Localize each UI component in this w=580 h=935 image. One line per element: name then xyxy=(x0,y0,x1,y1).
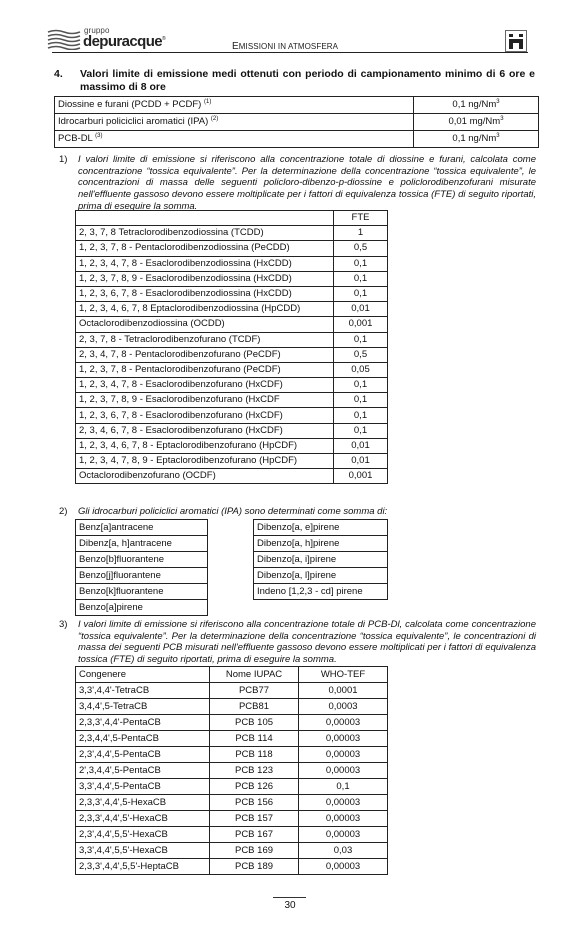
ipa-item: Dibenzo[a, i]pirene xyxy=(254,552,388,568)
compound-name: 1, 2, 3, 4, 6, 7, 8 - Eptaclorodibenzofu… xyxy=(76,438,334,453)
fte-row: 1, 2, 3, 6, 7, 8 - Esaclorodibenzodiossi… xyxy=(76,286,388,301)
iupac-name: PCB 157 xyxy=(210,811,299,827)
fte-value: 0,01 xyxy=(334,454,388,469)
limit-substance: Diossine e furani (PCDD + PCDF) (1) xyxy=(55,97,414,114)
who-tef: 0,0001 xyxy=(299,683,388,699)
fte-value: 0,1 xyxy=(334,378,388,393)
fte-value: 0,1 xyxy=(334,423,388,438)
fte-table: FTE2, 3, 7, 8 Tetraclorodibenzodiossina … xyxy=(75,210,388,484)
iupac-name: PCB 167 xyxy=(210,827,299,843)
pcb-header-row: CongenereNome IUPACWHO-TEF xyxy=(76,667,388,683)
header-title-initial: E xyxy=(232,41,239,52)
pcb-header-congener: Congenere xyxy=(76,667,210,683)
fte-value: 0,01 xyxy=(334,438,388,453)
iupac-name: PCB 123 xyxy=(210,763,299,779)
fte-value: 0,001 xyxy=(334,469,388,484)
logo-name: depuracque® xyxy=(83,33,165,50)
ipa-compound: Indeno [1,2,3 - cd] pirene xyxy=(254,584,388,600)
limit-value-text: 0,01 mg/Nm xyxy=(448,116,500,127)
limit-row: Idrocarburi policiclici aromatici (IPA) … xyxy=(55,114,539,131)
congener: 2,3,3',4,4',5-HexaCB xyxy=(76,795,210,811)
note-1-number: 1) xyxy=(59,154,67,165)
limit-substance: PCB-DL (3) xyxy=(55,131,414,148)
note-3-number: 3) xyxy=(59,619,67,630)
fte-row: 1, 2, 3, 7, 8, 9 - Esaclorodibenzofurano… xyxy=(76,393,388,408)
iupac-name: PCB81 xyxy=(210,699,299,715)
fte-value: 0,05 xyxy=(334,362,388,377)
compound-name: 2, 3, 7, 8 Tetraclorodibenzodiossina (TC… xyxy=(76,226,334,241)
who-tef: 0,00003 xyxy=(299,827,388,843)
fte-row: Octaclorodibenzofurano (OCDF)0,001 xyxy=(76,469,388,484)
footer-divider xyxy=(273,897,306,898)
congener: 2,3,3',4,4',5,5'-HeptaCB xyxy=(76,859,210,875)
pcb-row: 3,3',4,4'-TetraCBPCB770,0001 xyxy=(76,683,388,699)
ipa-item: Dibenz[a, h]antracene xyxy=(76,536,208,552)
unit-exponent: 3 xyxy=(496,99,499,105)
ipa-item: Indeno [1,2,3 - cd] pirene xyxy=(254,584,388,600)
fte-row: 1, 2, 3, 7, 8 - Pentaclorodibenzofurano … xyxy=(76,362,388,377)
congener: 3,3',4,4',5,5'-HexaCB xyxy=(76,843,210,859)
limit-value: 0,1 ng/Nm3 xyxy=(414,131,539,148)
logo-waves-icon xyxy=(47,29,81,50)
fte-header-row: FTE xyxy=(76,211,388,226)
congener: 2,3,3',4,4'-PentaCB xyxy=(76,715,210,731)
ipa-item: Benz[a]antracene xyxy=(76,520,208,536)
pcb-header-iupac: Nome IUPAC xyxy=(210,667,299,683)
compound-name: 1, 2, 3, 4, 6, 7, 8 Eptaclorodibenzodios… xyxy=(76,302,334,317)
fte-value: 0,5 xyxy=(334,241,388,256)
ipa-item: Dibenzo[a, h]pirene xyxy=(254,536,388,552)
ipa-item: Benzo[k]fluorantene xyxy=(76,584,208,600)
ipa-compound: Benzo[b]fluorantene xyxy=(76,552,208,568)
who-tef: 0,00003 xyxy=(299,715,388,731)
fte-value: 0,1 xyxy=(334,408,388,423)
fte-row: 1, 2, 3, 4, 6, 7, 8 Eptaclorodibenzodios… xyxy=(76,302,388,317)
brand-mark-icon xyxy=(505,30,527,52)
who-tef: 0,00003 xyxy=(299,763,388,779)
who-tef: 0,0003 xyxy=(299,699,388,715)
pcb-row: 2',3,4,4',5-PentaCBPCB 1230,00003 xyxy=(76,763,388,779)
limit-value-text: 0,1 ng/Nm xyxy=(452,133,496,144)
ipa-item: Dibenzo[a, e]pirene xyxy=(254,520,388,536)
registered-mark: ® xyxy=(162,36,165,42)
ipa-compound: Dibenz[a, h]antracene xyxy=(76,536,208,552)
ipa-list-left: Benz[a]antraceneDibenz[a, h]antraceneBen… xyxy=(75,519,208,616)
note-2-text: Gli idrocarburi policiclici aromatici (I… xyxy=(78,506,536,518)
pcb-row: 2,3,3',4,4',5-HexaCBPCB 1560,00003 xyxy=(76,795,388,811)
compound-name: 1, 2, 3, 7, 8 - Pentaclorodibenzodiossin… xyxy=(76,241,334,256)
pcb-row: 2,3,3',4,4'-PentaCBPCB 1050,00003 xyxy=(76,715,388,731)
page-number: 30 xyxy=(275,900,305,911)
fte-row: 2, 3, 4, 7, 8 - Pentaclorodibenzofurano … xyxy=(76,347,388,362)
ipa-list-right: Dibenzo[a, e]pireneDibenzo[a, h]pireneDi… xyxy=(253,519,388,600)
compound-name: 2, 3, 4, 7, 8 - Pentaclorodibenzofurano … xyxy=(76,347,334,362)
fte-value: 0,1 xyxy=(334,393,388,408)
fte-value: 0,1 xyxy=(334,286,388,301)
pcb-header-tef: WHO-TEF xyxy=(299,667,388,683)
congener: 2,3',4,4',5-PentaCB xyxy=(76,747,210,763)
who-tef: 0,1 xyxy=(299,779,388,795)
unit-exponent: 3 xyxy=(500,116,503,122)
iupac-name: PCB 118 xyxy=(210,747,299,763)
footnote-ref: (3) xyxy=(95,133,102,139)
fte-row: 1, 2, 3, 4, 7, 8 - Esaclorodibenzofurano… xyxy=(76,378,388,393)
pcb-row: 3,3',4,4',5,5'-HexaCBPCB 1690,03 xyxy=(76,843,388,859)
section-number: 4. xyxy=(54,68,63,80)
ipa-compound: Dibenzo[a, h]pirene xyxy=(254,536,388,552)
pcb-row: 2,3,4,4',5-PentaCBPCB 1140,00003 xyxy=(76,731,388,747)
pcb-row: 2,3',4,4',5,5'-HexaCBPCB 1670,00003 xyxy=(76,827,388,843)
pcb-row: 3,3',4,4',5-PentaCBPCB 1260,1 xyxy=(76,779,388,795)
ipa-compound: Benz[a]antracene xyxy=(76,520,208,536)
limit-row: PCB-DL (3)0,1 ng/Nm3 xyxy=(55,131,539,148)
congener: 2,3,4,4',5-PentaCB xyxy=(76,731,210,747)
ipa-compound: Dibenzo[a, l]pirene xyxy=(254,568,388,584)
pcb-row: 3,4,4',5-TetraCBPCB810,0003 xyxy=(76,699,388,715)
pcb-table: CongenereNome IUPACWHO-TEF3,3',4,4'-Tetr… xyxy=(75,666,388,875)
limit-row: Diossine e furani (PCDD + PCDF) (1)0,1 n… xyxy=(55,97,539,114)
fte-row: 1, 2, 3, 6, 7, 8 - Esaclorodibenzofurano… xyxy=(76,408,388,423)
fte-value: 1 xyxy=(334,226,388,241)
limit-substance: Idrocarburi policiclici aromatici (IPA) … xyxy=(55,114,414,131)
ipa-compound: Benzo[j]fluorantene xyxy=(76,568,208,584)
compound-name: Octaclorodibenzofurano (OCDF) xyxy=(76,469,334,484)
ipa-compound: Benzo[k]fluorantene xyxy=(76,584,208,600)
fte-header-value: FTE xyxy=(334,211,388,226)
congener: 3,3',4,4'-TetraCB xyxy=(76,683,210,699)
pcb-row: 2,3,3',4,4',5'-HexaCBPCB 1570,00003 xyxy=(76,811,388,827)
compound-name: 2, 3, 4, 6, 7, 8 - Esaclorodibenzofurano… xyxy=(76,423,334,438)
iupac-name: PCB 169 xyxy=(210,843,299,859)
fte-row: 2, 3, 7, 8 - Tetraclorodibenzofurano (TC… xyxy=(76,332,388,347)
iupac-name: PCB77 xyxy=(210,683,299,699)
note-3-text: I valori limite di emissione si riferisc… xyxy=(78,619,536,666)
congener: 2,3,3',4,4',5'-HexaCB xyxy=(76,811,210,827)
fte-value: 0,1 xyxy=(334,332,388,347)
page-header-title: EMISSIONI IN ATMOSFERA xyxy=(232,41,338,52)
fte-value: 0,01 xyxy=(334,302,388,317)
logo-name-text: depuracque xyxy=(83,33,162,50)
fte-value: 0,001 xyxy=(334,317,388,332)
fte-value: 0,1 xyxy=(334,256,388,271)
compound-name: 2, 3, 7, 8 - Tetraclorodibenzofurano (TC… xyxy=(76,332,334,347)
header-title-rest: MISSIONI IN ATMOSFERA xyxy=(239,42,338,51)
limit-substance-name: PCB-DL xyxy=(58,133,93,144)
compound-name: 1, 2, 3, 4, 7, 8 - Esaclorodibenzofurano… xyxy=(76,378,334,393)
fte-row: 2, 3, 7, 8 Tetraclorodibenzodiossina (TC… xyxy=(76,226,388,241)
ipa-compound: Benzo[a]pirene xyxy=(76,600,208,616)
limit-value-text: 0,1 ng/Nm xyxy=(452,99,496,110)
congener: 3,4,4',5-TetraCB xyxy=(76,699,210,715)
compound-name: 1, 2, 3, 7, 8, 9 - Esaclorodibenzofurano… xyxy=(76,393,334,408)
fte-row: Octaclorodibenzodiossina (OCDD)0,001 xyxy=(76,317,388,332)
compound-name: Octaclorodibenzodiossina (OCDD) xyxy=(76,317,334,332)
iupac-name: PCB 156 xyxy=(210,795,299,811)
footnote-ref: (1) xyxy=(204,99,211,105)
fte-row: 1, 2, 3, 4, 7, 8, 9 - Eptaclorodibenzofu… xyxy=(76,454,388,469)
fte-value: 0,5 xyxy=(334,347,388,362)
who-tef: 0,00003 xyxy=(299,731,388,747)
compound-name: 1, 2, 3, 7, 8, 9 - Esaclorodibenzodiossi… xyxy=(76,271,334,286)
ipa-compound: Dibenzo[a, e]pirene xyxy=(254,520,388,536)
compound-name: 1, 2, 3, 6, 7, 8 - Esaclorodibenzofurano… xyxy=(76,408,334,423)
compound-name: 1, 2, 3, 4, 7, 8 - Esaclorodibenzodiossi… xyxy=(76,256,334,271)
iupac-name: PCB 189 xyxy=(210,859,299,875)
pcb-row: 2,3',4,4',5-PentaCBPCB 1180,00003 xyxy=(76,747,388,763)
fte-row: 1, 2, 3, 7, 8 - Pentaclorodibenzodiossin… xyxy=(76,241,388,256)
iupac-name: PCB 114 xyxy=(210,731,299,747)
ipa-item: Benzo[j]fluorantene xyxy=(76,568,208,584)
section-title: Valori limite di emissione medi ottenuti… xyxy=(80,68,535,94)
who-tef: 0,00003 xyxy=(299,747,388,763)
congener: 2',3,4,4',5-PentaCB xyxy=(76,763,210,779)
fte-row: 1, 2, 3, 7, 8, 9 - Esaclorodibenzodiossi… xyxy=(76,271,388,286)
who-tef: 0,00003 xyxy=(299,859,388,875)
ipa-item: Dibenzo[a, l]pirene xyxy=(254,568,388,584)
fte-header-compound xyxy=(76,211,334,226)
who-tef: 0,00003 xyxy=(299,795,388,811)
compound-name: 1, 2, 3, 6, 7, 8 - Esaclorodibenzodiossi… xyxy=(76,286,334,301)
header-divider xyxy=(52,52,528,53)
iupac-name: PCB 105 xyxy=(210,715,299,731)
compound-name: 1, 2, 3, 4, 7, 8, 9 - Eptaclorodibenzofu… xyxy=(76,454,334,469)
ipa-compound: Dibenzo[a, i]pirene xyxy=(254,552,388,568)
fte-row: 2, 3, 4, 6, 7, 8 - Esaclorodibenzofurano… xyxy=(76,423,388,438)
who-tef: 0,03 xyxy=(299,843,388,859)
footnote-ref: (2) xyxy=(211,116,218,122)
congener: 2,3',4,4',5,5'-HexaCB xyxy=(76,827,210,843)
emission-limits-table: Diossine e furani (PCDD + PCDF) (1)0,1 n… xyxy=(54,96,539,148)
note-1-text: I valori limite di emissione si riferisc… xyxy=(78,154,536,213)
note-2-number: 2) xyxy=(59,506,67,517)
limit-substance-name: Idrocarburi policiclici aromatici (IPA) xyxy=(58,116,208,127)
unit-exponent: 3 xyxy=(496,133,499,139)
compound-name: 1, 2, 3, 7, 8 - Pentaclorodibenzofurano … xyxy=(76,362,334,377)
limit-value: 0,01 mg/Nm3 xyxy=(414,114,539,131)
pcb-row: 2,3,3',4,4',5,5'-HeptaCBPCB 1890,00003 xyxy=(76,859,388,875)
fte-row: 1, 2, 3, 4, 7, 8 - Esaclorodibenzodiossi… xyxy=(76,256,388,271)
fte-row: 1, 2, 3, 4, 6, 7, 8 - Eptaclorodibenzofu… xyxy=(76,438,388,453)
fte-value: 0,1 xyxy=(334,271,388,286)
ipa-item: Benzo[a]pirene xyxy=(76,600,208,616)
who-tef: 0,00003 xyxy=(299,811,388,827)
congener: 3,3',4,4',5-PentaCB xyxy=(76,779,210,795)
limit-value: 0,1 ng/Nm3 xyxy=(414,97,539,114)
ipa-item: Benzo[b]fluorantene xyxy=(76,552,208,568)
iupac-name: PCB 126 xyxy=(210,779,299,795)
limit-substance-name: Diossine e furani (PCDD + PCDF) xyxy=(58,99,201,110)
